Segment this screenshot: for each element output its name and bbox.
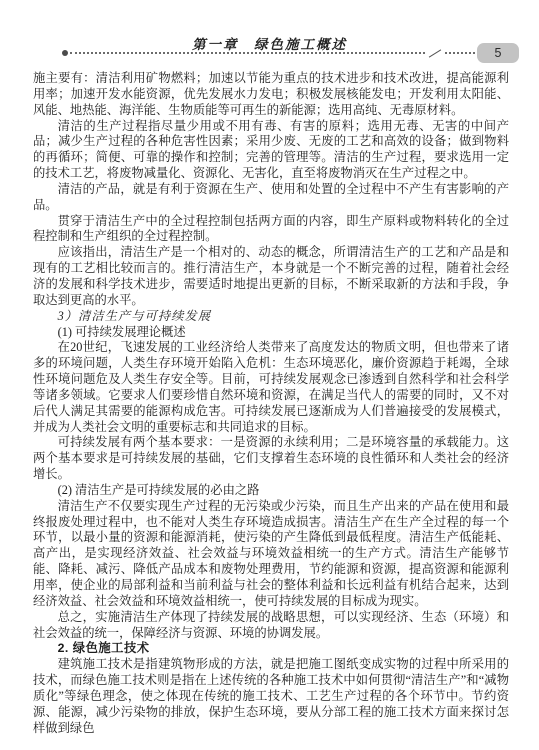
page-number-badge: 5	[477, 43, 519, 63]
paragraph: 清洁的生产过程指尽量少用或不用有毒、有害的原料；选用无毒、无害的中间产品；减少生…	[33, 119, 509, 182]
paragraph: 总之，实施清洁生产体现了持续发展的战略思想，可以实现经济、生态（环境）和社会效益…	[33, 610, 509, 642]
subheading-clean-production-sustainable: 3）清洁生产与可持续发展	[33, 309, 509, 325]
book-page: 第一章 绿色施工概述 5 施主要有：清洁利用矿物燃料；加速以节能为重点的技术进步…	[0, 0, 539, 750]
paragraph: 可持续发展有两个基本要求：一是资源的永续利用；二是环境容量的承载能力。这两个基本…	[33, 435, 509, 483]
slash-mark-icon	[429, 49, 441, 57]
paragraph: 应该指出，清洁生产是一个相对的、动态的概念，所谓清洁生产的工艺和产品是和现有的工…	[33, 245, 509, 308]
dotted-line	[70, 52, 425, 54]
paragraph: 建筑施工技术是指建筑物形成的方法，就是把施工图纸变成实物的过程中所采用的技术，而…	[33, 657, 509, 736]
paragraph-continuation: 施主要有：清洁利用矿物燃料；加速以节能为重点的技术进步和技术改进，提高能源利用率…	[33, 71, 509, 119]
page-content: 施主要有：清洁利用矿物燃料；加速以节能为重点的技术进步和技术改进，提高能源利用率…	[33, 71, 509, 736]
page-header: 第一章 绿色施工概述 5	[0, 0, 539, 62]
paragraph: 在20世纪，飞速发展的工业经济给人类带来了高度发达的物质文明，但也带来了诸多的环…	[33, 340, 509, 435]
subheading-sustainable-theory: (1) 可持续发展理论概述	[33, 325, 509, 341]
subheading-clean-production-path: (2) 清洁生产是可持续发展的必由之路	[33, 483, 509, 499]
paragraph: 贯穿于清洁生产中的全过程控制包括两方面的内容，即生产原料或物料转化的全过程控制和…	[33, 214, 509, 246]
paragraph: 清洁生产不仅要实现生产过程的无污染或少污染，而且生产出来的产品在使用和最终报废处…	[33, 499, 509, 610]
dotted-line-short	[445, 52, 475, 54]
paragraph: 清洁的产品，就是有利于资源在生产、使用和处置的全过程中不产生有害影响的产品。	[33, 182, 509, 214]
heading-green-construction-technology: 2. 绿色施工技术	[33, 641, 509, 657]
header-dotted-rule: 5	[62, 42, 519, 64]
rule-start-dot-icon	[62, 50, 68, 56]
